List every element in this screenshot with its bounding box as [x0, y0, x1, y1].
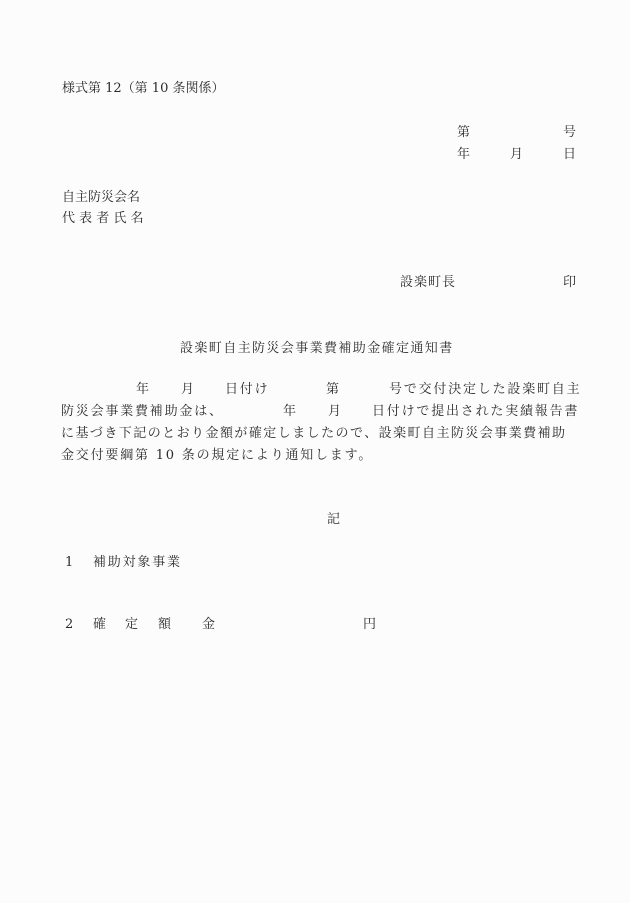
reference-number-suffix: 号 — [563, 126, 576, 139]
seal-mark: 印 — [563, 276, 576, 289]
reference-date-year: 年 — [457, 148, 470, 161]
document-title: 設楽町自主防災会事業費補助金確定通知書 — [180, 342, 454, 355]
body-line2-month: 月 — [328, 405, 343, 418]
item-2-label-char-4: 金 — [202, 618, 215, 631]
item-1-label: 補助対象事業 — [93, 556, 182, 569]
item-1-number: 1 — [65, 556, 73, 569]
item-2-unit: 円 — [363, 618, 376, 631]
record-heading: 記 — [327, 513, 340, 526]
body-line1-rest: 号で交付決定した設楽町自主 — [389, 383, 581, 396]
form-label: 様式第 12（第 10 条関係） — [62, 82, 224, 95]
recipient-org-label: 自主防災会名 — [62, 191, 140, 204]
body-line1-number-prefix: 第 — [326, 383, 341, 396]
item-2-label-char-1: 確 — [93, 618, 106, 631]
reference-date-month: 月 — [510, 148, 523, 161]
item-2-label-char-2: 定 — [125, 618, 138, 631]
reference-number-prefix: 第 — [457, 126, 470, 139]
body-line2-rest: 日付けで提出された実績報告書 — [372, 405, 579, 418]
body-line1-month: 月 — [181, 383, 196, 396]
body-line1-dated: 日付け — [225, 383, 269, 396]
sender-title: 設楽町長 — [400, 276, 456, 289]
reference-date-day: 日 — [563, 148, 576, 161]
item-2-number: 2 — [65, 618, 73, 631]
body-line2-year: 年 — [283, 405, 298, 418]
body-paragraph: 年 月 日付け 第 号で交付決定した設楽町自主 防災会事業費補助金は、 年 月 … — [61, 383, 581, 473]
body-line4: 金交付要綱第 10 条の規定により通知します。 — [61, 449, 373, 462]
body-line3: に基づき下記のとおり金額が確定しましたので、設楽町自主防災会事業費補助 — [61, 427, 567, 440]
body-line2-start: 防災会事業費補助金は、 — [61, 405, 224, 418]
body-line1-year: 年 — [136, 383, 151, 396]
recipient-rep-label: 代 表 者 氏 名 — [62, 212, 144, 225]
item-2-label-char-3: 額 — [158, 618, 171, 631]
